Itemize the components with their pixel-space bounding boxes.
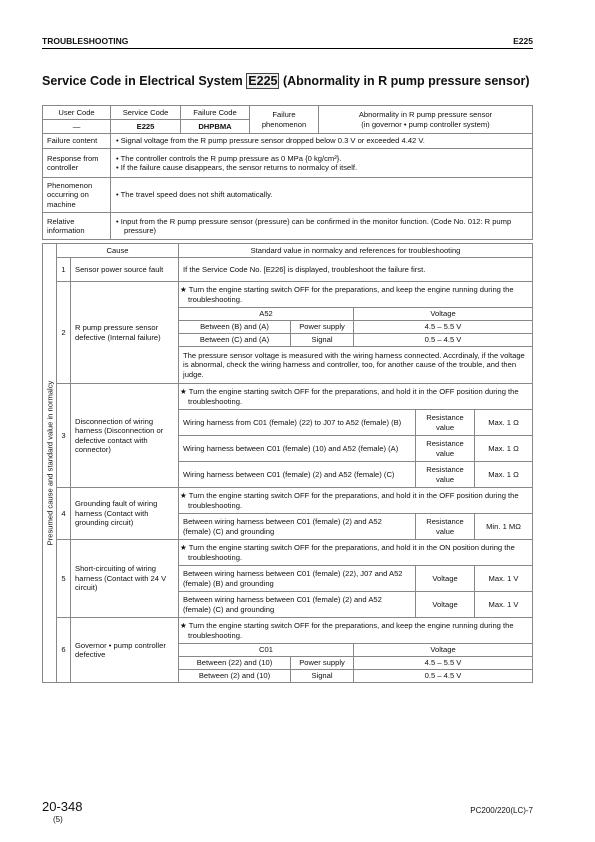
- cause-number: 5: [57, 540, 71, 618]
- cause-standard: If the Service Code No. [E226] is displa…: [179, 258, 533, 282]
- preparation-note: ★ Turn the engine starting switch OFF fo…: [179, 540, 533, 566]
- failure-content: • Signal voltage from the R pump pressur…: [111, 134, 533, 149]
- revision: (5): [53, 815, 63, 824]
- user-code-header: User Code: [43, 106, 111, 120]
- cause-number: 1: [57, 258, 71, 282]
- cause-name: Sensor power source fault: [71, 258, 179, 282]
- failure-code-value: DHPBMA: [181, 120, 250, 134]
- side-label: Presumed cause and standard value in nor…: [43, 244, 57, 683]
- causes-table: Presumed cause and standard value in nor…: [42, 243, 533, 683]
- section-title: TROUBLESHOOTING: [42, 36, 128, 46]
- preparation-note: ★ Turn the engine starting switch OFF fo…: [179, 282, 533, 308]
- voltage-header: Voltage: [354, 308, 533, 321]
- row-label: Phenomenon occurring on machine: [43, 178, 111, 213]
- response-from-controller: • The controller controls the R pump pre…: [111, 149, 533, 178]
- service-code-header: Service Code: [111, 106, 181, 120]
- cause-name: Disconnection of wiring harness (Disconn…: [71, 384, 179, 488]
- page-header: TROUBLESHOOTING E225: [42, 36, 533, 49]
- summary-table: User Code Service Code Failure Code Fail…: [42, 105, 533, 240]
- page-title: Service Code in Electrical System E225 (…: [42, 74, 530, 88]
- preparation-note: ★ Turn the engine starting switch OFF fo…: [179, 384, 533, 410]
- page-number: 20-348: [42, 799, 82, 814]
- preparation-note: ★ Turn the engine starting switch OFF fo…: [179, 488, 533, 514]
- cause-name: Short-circuiting of wiring harness (Cont…: [71, 540, 179, 618]
- model-name: PC200/220(LC)-7: [470, 806, 533, 815]
- cause-name: Grounding fault of wiring harness (Conta…: [71, 488, 179, 540]
- row-label: Response from controller: [43, 149, 111, 178]
- row-label: Failure content: [43, 134, 111, 149]
- failure-phenomenon-header: Failure phenomenon: [250, 106, 319, 134]
- cause-number: 2: [57, 282, 71, 384]
- service-code-box: E225: [246, 73, 279, 89]
- cause-number: 3: [57, 384, 71, 488]
- header-code: E225: [513, 36, 533, 46]
- service-code-value: E225: [111, 120, 181, 134]
- connector-label: A52: [179, 308, 354, 321]
- user-code-value: —: [43, 120, 111, 134]
- failure-phenomenon-value: Abnormality in R pump pressure sensor (i…: [319, 106, 533, 134]
- failure-code-header: Failure Code: [181, 106, 250, 120]
- voltage-header: Voltage: [354, 644, 533, 657]
- row-label: Relative information: [43, 213, 111, 240]
- cause-header: Cause: [57, 244, 179, 258]
- cause-name: R pump pressure sensor defective (Intern…: [71, 282, 179, 384]
- phenomenon-on-machine: • The travel speed does not shift automa…: [111, 178, 533, 213]
- preparation-note: ★ Turn the engine starting switch OFF fo…: [179, 618, 533, 644]
- relative-information: • Input from the R pump pressure sensor …: [111, 213, 533, 240]
- cause-number: 4: [57, 488, 71, 540]
- cause-name: Governor • pump controller defective: [71, 618, 179, 683]
- cause-number: 6: [57, 618, 71, 683]
- measurement-note: The pressure sensor voltage is measured …: [179, 347, 533, 384]
- connector-label: C01: [179, 644, 354, 657]
- standard-header: Standard value in normalcy and reference…: [179, 244, 533, 258]
